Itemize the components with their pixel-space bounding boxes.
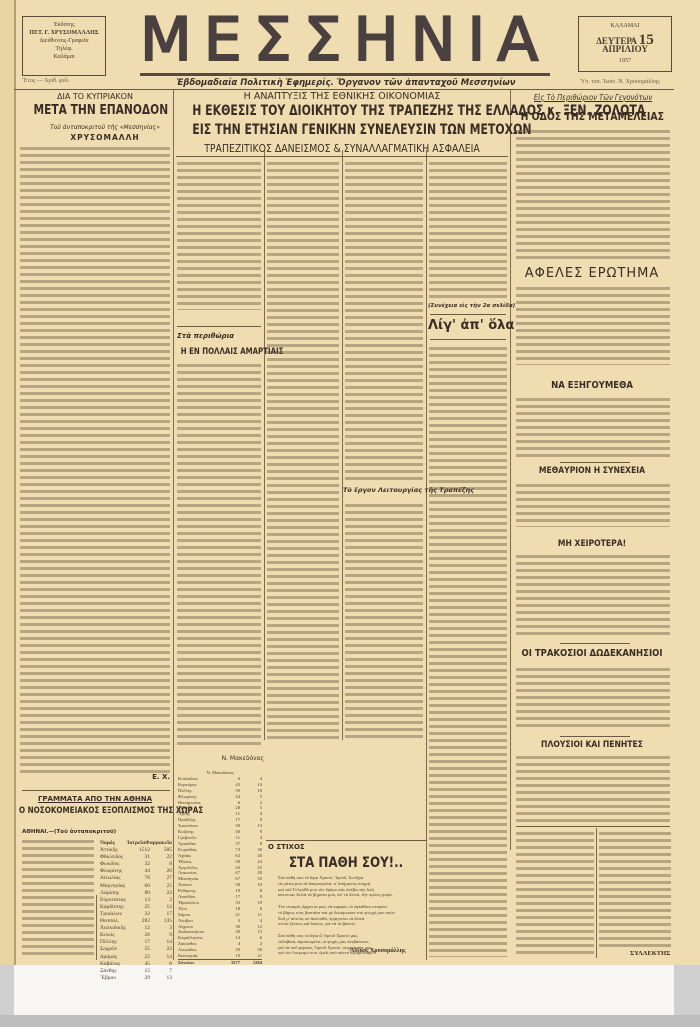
poem-title: ΣΤΑ ΠΑΘΗ ΣΟΥ!.. xyxy=(278,855,414,871)
poem-body: Στὰ πάθη σου τὰ ἅγια Χριστέ, Ἰησοῦ, Σωτῆ… xyxy=(278,875,424,956)
masthead-rule xyxy=(140,73,550,76)
right-article-3 xyxy=(516,396,670,458)
center-col-b-body xyxy=(267,160,339,740)
column-rule xyxy=(173,90,174,960)
office-label: Διεύθυνσις-Γραφεῖα xyxy=(23,37,105,45)
col1-box-kicker: ΓΡΑΜΜΑΤΑ ΑΠΟ ΤΗΝ ΑΘΗΝΑ xyxy=(20,795,170,803)
center-col-a-body xyxy=(177,160,261,310)
right-h6: ΟΙ ΤΡΑΚΟΣΙΟΙ ΔΩΔΕΚΑΝΗΣΙΟΙ xyxy=(521,648,664,659)
col1-author: ΧΡΥΣΟΜΑΛΛΗ xyxy=(40,133,170,142)
table-row: Δράμας2214 xyxy=(100,954,172,961)
column-rule xyxy=(96,895,97,960)
center-col-d-body-2 xyxy=(429,345,507,957)
issue-info: Ἔτος — Ἀριθ. φύλ. xyxy=(22,78,70,84)
table-row: Φθιώτιδος3122 xyxy=(100,854,172,861)
column-title: Λίγ' ἀπ' ὅλα xyxy=(428,318,508,333)
column-rule xyxy=(596,828,597,958)
table-row: Ἀττικῆς1512585 xyxy=(100,847,172,854)
table-row: Χαλκιδικῆς123 xyxy=(100,925,172,932)
date-line: ΔΕΥΤΕΡΑ 15 ΑΠΡΙΛΙΟΥ xyxy=(579,36,671,53)
table-row: Φωκίδος328 xyxy=(100,861,172,868)
center-headline-3: ΤΡΑΠΕΖΙΤΙΚΟΣ ΔΑΝΕΙΣΜΟΣ & ΣΥΝΑΛΛΑΓΜΑΤΙΚΗ … xyxy=(187,142,496,155)
center-col-c-body-2 xyxy=(345,502,423,740)
column-rule xyxy=(510,90,511,850)
col1-article-body xyxy=(20,145,170,775)
masthead-divider xyxy=(14,89,674,90)
right-h5: ΜΗ ΧΕΙΡΟΤΕΡΑ! xyxy=(521,539,664,549)
right-article-1 xyxy=(516,128,670,263)
col1-kicker: ΔΙΑ ΤΟ ΚΥΠΡΙΑΚΟΝ xyxy=(20,92,170,101)
table-row: Ξάνθης157 xyxy=(100,968,172,975)
right-article-4 xyxy=(516,482,670,527)
table-row: Σερρῶν5522 xyxy=(100,946,172,953)
right-h4: ΜΕΘΑΥΡΙΟΝ Η ΣΥΝΕΧΕΙΑ xyxy=(521,466,664,476)
table-row: Μαγνησίας6025 xyxy=(100,883,172,890)
col1-dateline: ΑΘΗΝΑΙ.—(Τοῦ ἀνταποκριτοῦ) xyxy=(22,829,94,835)
col1-headline: ΜΕΤΑ ΤΗΝ ΕΠΑΝΟΔΟΝ xyxy=(34,103,157,118)
center-col-c-body xyxy=(345,160,423,480)
table-row: Λαρίσης8022 xyxy=(100,890,172,897)
masthead-subtitle: Ἑβδομαδιαία Πολιτικὴ Ἐφημερίς. Ὄργανον τ… xyxy=(138,78,554,88)
right-article-7 xyxy=(516,754,670,822)
divider xyxy=(560,462,630,463)
poem-signature: Ἀλέκος Χρυσομάλλης xyxy=(350,948,406,954)
center-headline-1: Η ΕΚΘΕΣΙΣ ΤΟΥ ΔΙΟΙΚΗΤΟΥ ΤΗΣ ΤΡΑΠΕΖΗΣ ΤΗΣ… xyxy=(192,103,492,119)
date-month: ΑΠΡΙΛΙΟΥ xyxy=(602,44,648,54)
date-year: 1957 xyxy=(579,57,671,65)
phone-label: Τηλέφ. xyxy=(23,45,105,53)
column-rule xyxy=(426,150,427,960)
divider xyxy=(266,840,426,841)
date-box: ΚΑΛΑΜΑΙ ΔΕΥΤΕΡΑ 15 ΑΠΡΙΛΙΟΥ 1957 xyxy=(578,16,672,72)
col1-hospital-table: ΝομόςἸατρεῖαΦαρμακεῖαἈττικῆς1512585Φθιώτ… xyxy=(100,840,172,982)
right-headline: Η ΟΔΟΣ ΤΗΣ ΜΕΤΑΜΕΛΕΙΑΣ xyxy=(521,110,664,123)
divider xyxy=(177,326,261,327)
publisher-name: ΠΕΤ. Γ. ΧΡΥΣΟΜΑΛΛΗΣ xyxy=(23,29,105,37)
table-row: Ἔβρου2913 xyxy=(100,975,172,982)
table-row: Καρδίτσης2512 xyxy=(100,904,172,911)
divider xyxy=(560,643,630,644)
scan-border xyxy=(0,1015,700,1027)
divider xyxy=(430,314,506,315)
publisher-label: Ἐκδότης xyxy=(23,21,105,29)
divider xyxy=(176,156,508,157)
center-headline-2: ΕΙΣ ΤΗΝ ΕΤΗΣΙΑΝ ΓΕΝΙΚΗΝ ΣΥΝΕΛΕΥΣΙΝ ΤΩΝ Μ… xyxy=(192,122,492,138)
printer-info: Ὑπ. τυπ. Ἰωάν. Ν. Χρυσομάλλης xyxy=(580,79,660,85)
newspaper-title: ΜΕΣΣΗΝΙΑ xyxy=(140,6,550,74)
periphery-headline: Η ΕΝ ΠΟΛΛΑΙΣ ΑΜΑΡΤΙΑΙΣ xyxy=(181,347,257,357)
col1-box-body xyxy=(22,838,94,958)
divider xyxy=(22,790,170,791)
date-city: ΚΑΛΑΜΑΙ xyxy=(579,22,671,30)
previous-page-edge xyxy=(0,0,16,965)
right-article-2 xyxy=(516,285,670,365)
city-label: Καλάμαι xyxy=(23,53,105,61)
right-kicker: Εἰς Τὸ Περιθώριον Τῶν Γεγονότων xyxy=(526,93,660,102)
right-h3: ΝΑ ΕΞΗΓΟΥΜΕΘΑ xyxy=(521,380,664,391)
center-col-d-body xyxy=(429,160,507,300)
periphery-kicker: Στὰ περιθώρια xyxy=(177,332,261,340)
periphery-sig: Ν. Μακεδόνας xyxy=(200,755,264,762)
right-column-b xyxy=(599,830,671,948)
center-subhead: Τὸ ἔργον Λειτουργίας τῆς Τραπέζης xyxy=(343,486,425,494)
col1-signoff: Ε. Χ. xyxy=(120,773,170,781)
right-signature: ΣΥΛΛΕΚΤΗΣ xyxy=(630,950,670,957)
center-stats-table: Ν. ΜακεδόναςΚυκλάδων64Κερκύρας4314Πέλλης… xyxy=(178,770,262,966)
right-h2: ΑΦΕΛΕΣ ΕΡΩΤΗΜΑ xyxy=(508,266,676,281)
table-row: Τρικάλων3217 xyxy=(100,911,172,918)
divider xyxy=(430,339,506,340)
table-row: Αἰτωλίας7827 xyxy=(100,875,172,882)
divider xyxy=(516,826,670,827)
table-row: Καβάλας458 xyxy=(100,961,172,968)
periphery-body xyxy=(177,362,261,745)
table-row: Κιλκίς269 xyxy=(100,932,172,939)
table-row: Σύνολον33771284 xyxy=(178,959,262,966)
publisher-box: Ἐκδότης ΠΕΤ. Γ. ΧΡΥΣΟΜΑΛΛΗΣ Διεύθυνσις-Γ… xyxy=(22,16,106,76)
table-row: Πέλλης1714 xyxy=(100,939,172,946)
column-rule xyxy=(264,150,265,740)
col1-box-headline: Ο ΝΟΣΟΚΟΜΕΙΑΚΟΣ ΕΞΟΠΛΙΣΜΟΣ ΤΗΣ ΧΩΡΑΣ xyxy=(19,806,171,816)
continued-note: (Συνέχεια εἰς τὴν 2α σελίδα) xyxy=(428,303,508,309)
table-row: Φλωρίνης4426 xyxy=(100,868,172,875)
col1-byline: Τοῦ ἀνταποκριτοῦ τῆς «Μεσσηνίας» xyxy=(40,124,170,131)
right-h7: ΠΛΟΥΣΙΟΙ ΚΑΙ ΠΕΝΗΤΕΣ xyxy=(521,740,664,750)
right-article-6 xyxy=(516,666,670,731)
right-column-a xyxy=(516,830,594,957)
center-kicker: Η ΑΝΑΠΤΥΞΙΣ ΤΗΣ ΕΘΝΙΚΗΣ ΟΙΚΟΝΟΜΙΑΣ xyxy=(174,91,510,102)
table-row: Καστοριᾶς1021 xyxy=(178,953,262,959)
right-article-5 xyxy=(516,553,670,638)
table-row: Εὐρυτανίας132 xyxy=(100,897,172,904)
column-rule xyxy=(342,150,343,740)
poem-kicker: Ο ΣΤΙΧΟΣ xyxy=(268,843,328,851)
divider xyxy=(560,736,630,737)
